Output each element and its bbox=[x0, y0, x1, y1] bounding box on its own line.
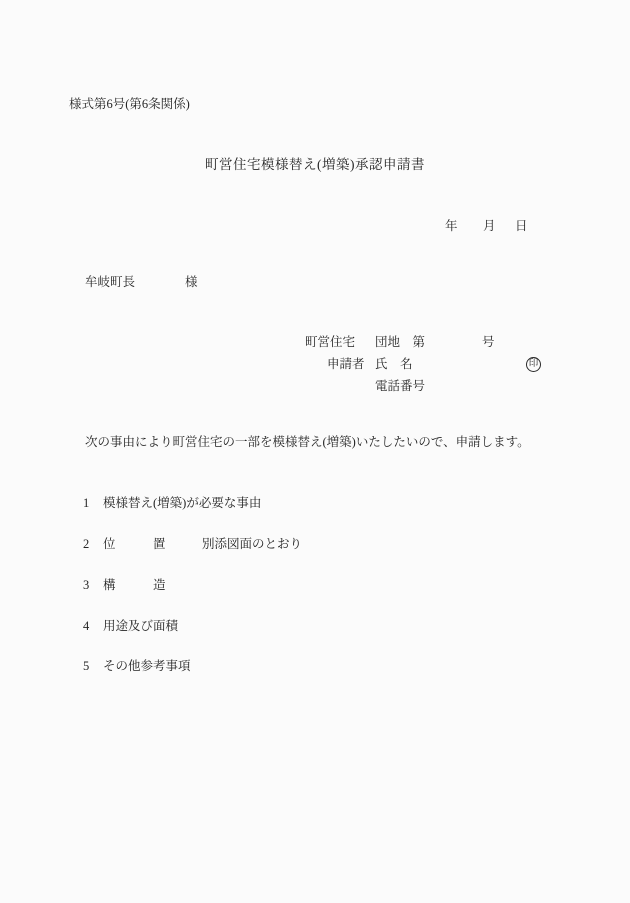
item-label: その他参考事項 bbox=[103, 659, 191, 674]
form-number: 様式第6号(第6条関係) bbox=[69, 97, 190, 112]
date-year-label: 年 bbox=[445, 219, 458, 234]
list-item-use-and-area: 4 用途及び面積 bbox=[0, 619, 630, 635]
unit-number-label: 号 bbox=[482, 335, 495, 350]
housing-label: 町営住宅 bbox=[305, 335, 355, 350]
item-number: 4 bbox=[83, 619, 89, 634]
list-item-location: 2 位 置 別添図面のとおり bbox=[0, 537, 630, 553]
date-day-label: 日 bbox=[515, 219, 528, 234]
applicant-label: 申請者 bbox=[327, 357, 365, 372]
phone-number-label: 電話番号 bbox=[375, 379, 425, 394]
seal-mark-icon: 印 bbox=[526, 357, 541, 372]
item-label: 用途及び面積 bbox=[103, 619, 178, 634]
item-label: 模様替え(増築)が必要な事由 bbox=[103, 496, 261, 511]
date-month-label: 月 bbox=[483, 219, 496, 234]
list-item-other-notes: 5 その他参考事項 bbox=[0, 659, 630, 675]
addressee-honorific: 様 bbox=[185, 275, 198, 290]
list-item-reason: 1 模様替え(増築)が必要な事由 bbox=[0, 496, 630, 512]
application-form-page: 様式第6号(第6条関係) 町営住宅模様替え(増築)承認申請書 年 月 日 牟岐町… bbox=[0, 0, 630, 903]
application-statement: 次の事由により町営住宅の一部を模様替え(増築)いたしたいので、申請します。 bbox=[85, 435, 530, 450]
item-label: 位 置 bbox=[103, 537, 166, 552]
item-label: 構 造 bbox=[103, 578, 166, 593]
item-number: 3 bbox=[83, 578, 89, 593]
item-number: 1 bbox=[83, 496, 89, 511]
list-item-structure: 3 構 造 bbox=[0, 578, 630, 594]
page-title: 町営住宅模様替え(増築)承認申請書 bbox=[0, 157, 630, 172]
item-value: 別添図面のとおり bbox=[202, 537, 302, 552]
item-number: 5 bbox=[83, 659, 89, 674]
item-number: 2 bbox=[83, 537, 89, 552]
addressee-name: 牟岐町長 bbox=[85, 275, 135, 290]
complex-number-label: 団地 第 bbox=[375, 335, 425, 350]
applicant-name-label: 氏 名 bbox=[375, 357, 413, 372]
